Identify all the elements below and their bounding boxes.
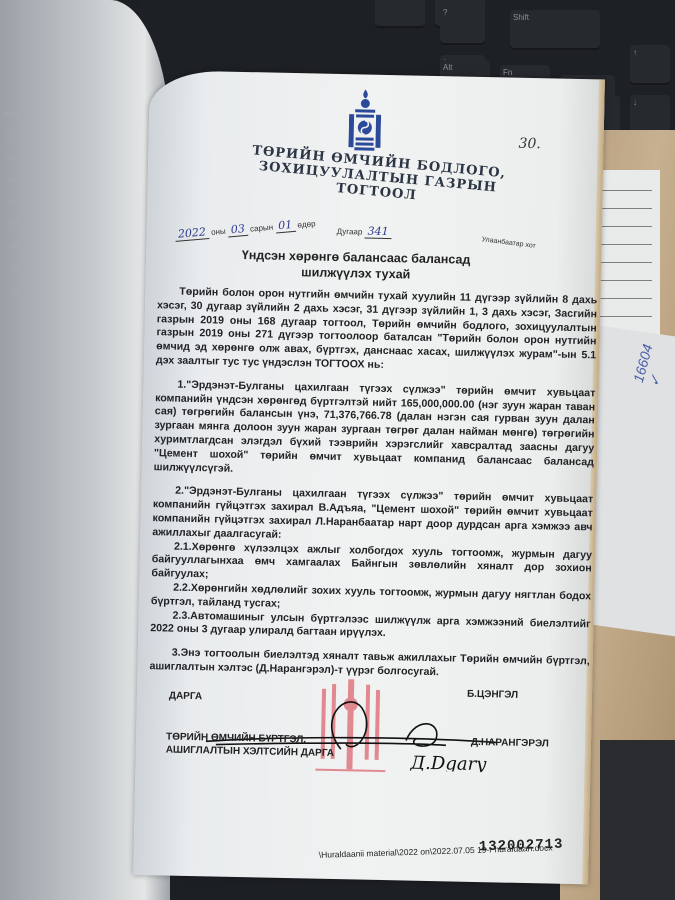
- number-label: Дугаар: [337, 227, 363, 237]
- document-title: Үндсэн хөрөнгө балансаас балансад шилжүү…: [206, 246, 507, 284]
- keyboard-key-down: ↓: [630, 95, 670, 135]
- date-line: 2022 оны 03 сарын 01 өдөр: [174, 216, 315, 241]
- soyombo-emblem-icon: [348, 89, 381, 152]
- preamble: Төрийн болон орон нутгийн өмчийн тухай х…: [156, 285, 598, 377]
- date-month: 03: [227, 222, 248, 238]
- resolution-number: Дугаар 341: [337, 224, 392, 238]
- handwritten-page-number: 30.: [518, 136, 541, 152]
- signatory-1-position: ДАРГА: [169, 691, 203, 703]
- keyboard-key: ?: [440, 5, 485, 45]
- document-body: Төрийн болон орон нутгийн өмчийн тухай х…: [149, 285, 597, 693]
- left-page-faded-text: ▭ ▭ ▭▭ ▭▭ ▭ ▭▭ ▭▭ ▭ ▭▭ ▭▭ ▭ ▭▭ ▭▭ ▭: [5, 98, 142, 300]
- keyboard-key-up: ↑: [630, 45, 670, 85]
- city: Улаанбаатар хот: [481, 236, 536, 250]
- signatory-2-name: Д.НАРАНГЭРЭЛ: [471, 737, 549, 750]
- date-day: 01: [275, 218, 296, 234]
- keyboard-key: [375, 0, 425, 28]
- number-value: 341: [364, 225, 391, 240]
- day-label: өдөр: [297, 219, 316, 229]
- date-year: 2022: [174, 225, 209, 242]
- signatory-2-position-line-2: АШИГЛАЛТЫН ХЭЛТСИЙН ДАРГА: [166, 743, 335, 760]
- desk-shadow: [600, 740, 675, 900]
- svg-text:Д.Dgary: Д.Dgary: [409, 753, 487, 773]
- signatory-2-position: ТӨРИЙН ӨМЧИЙН БҮРТГЭЛ, АШИГЛАЛТЫН ХЭЛТСИ…: [166, 730, 335, 760]
- file-path: \Huraldaanii material\2022 on\2022.07.05…: [319, 842, 553, 859]
- keyboard-key-shift: Shift: [510, 10, 600, 50]
- year-label: оны: [211, 227, 226, 237]
- organization-header: ТӨРИЙН ӨМЧИЙН БОДЛОГО, ЗОХИЦУУЛАЛТЫН ГАЗ…: [246, 143, 509, 211]
- signatory-1-name: Б.ЦЭНГЭЛ: [467, 689, 518, 701]
- clause-2: 2."Эрдэнэт-Булганы цахилгаан түгээх сүлж…: [152, 485, 593, 549]
- clause-1: 1."Эрдэнэт-Булганы цахилгаан түгээх сүлж…: [154, 378, 596, 484]
- resolution-document: 30. ТӨРИЙН ӨМЧИЙН БОДЛОГО, ЗОХИЦУУЛАЛТЫН…: [133, 70, 605, 884]
- month-label: сарын: [250, 223, 274, 234]
